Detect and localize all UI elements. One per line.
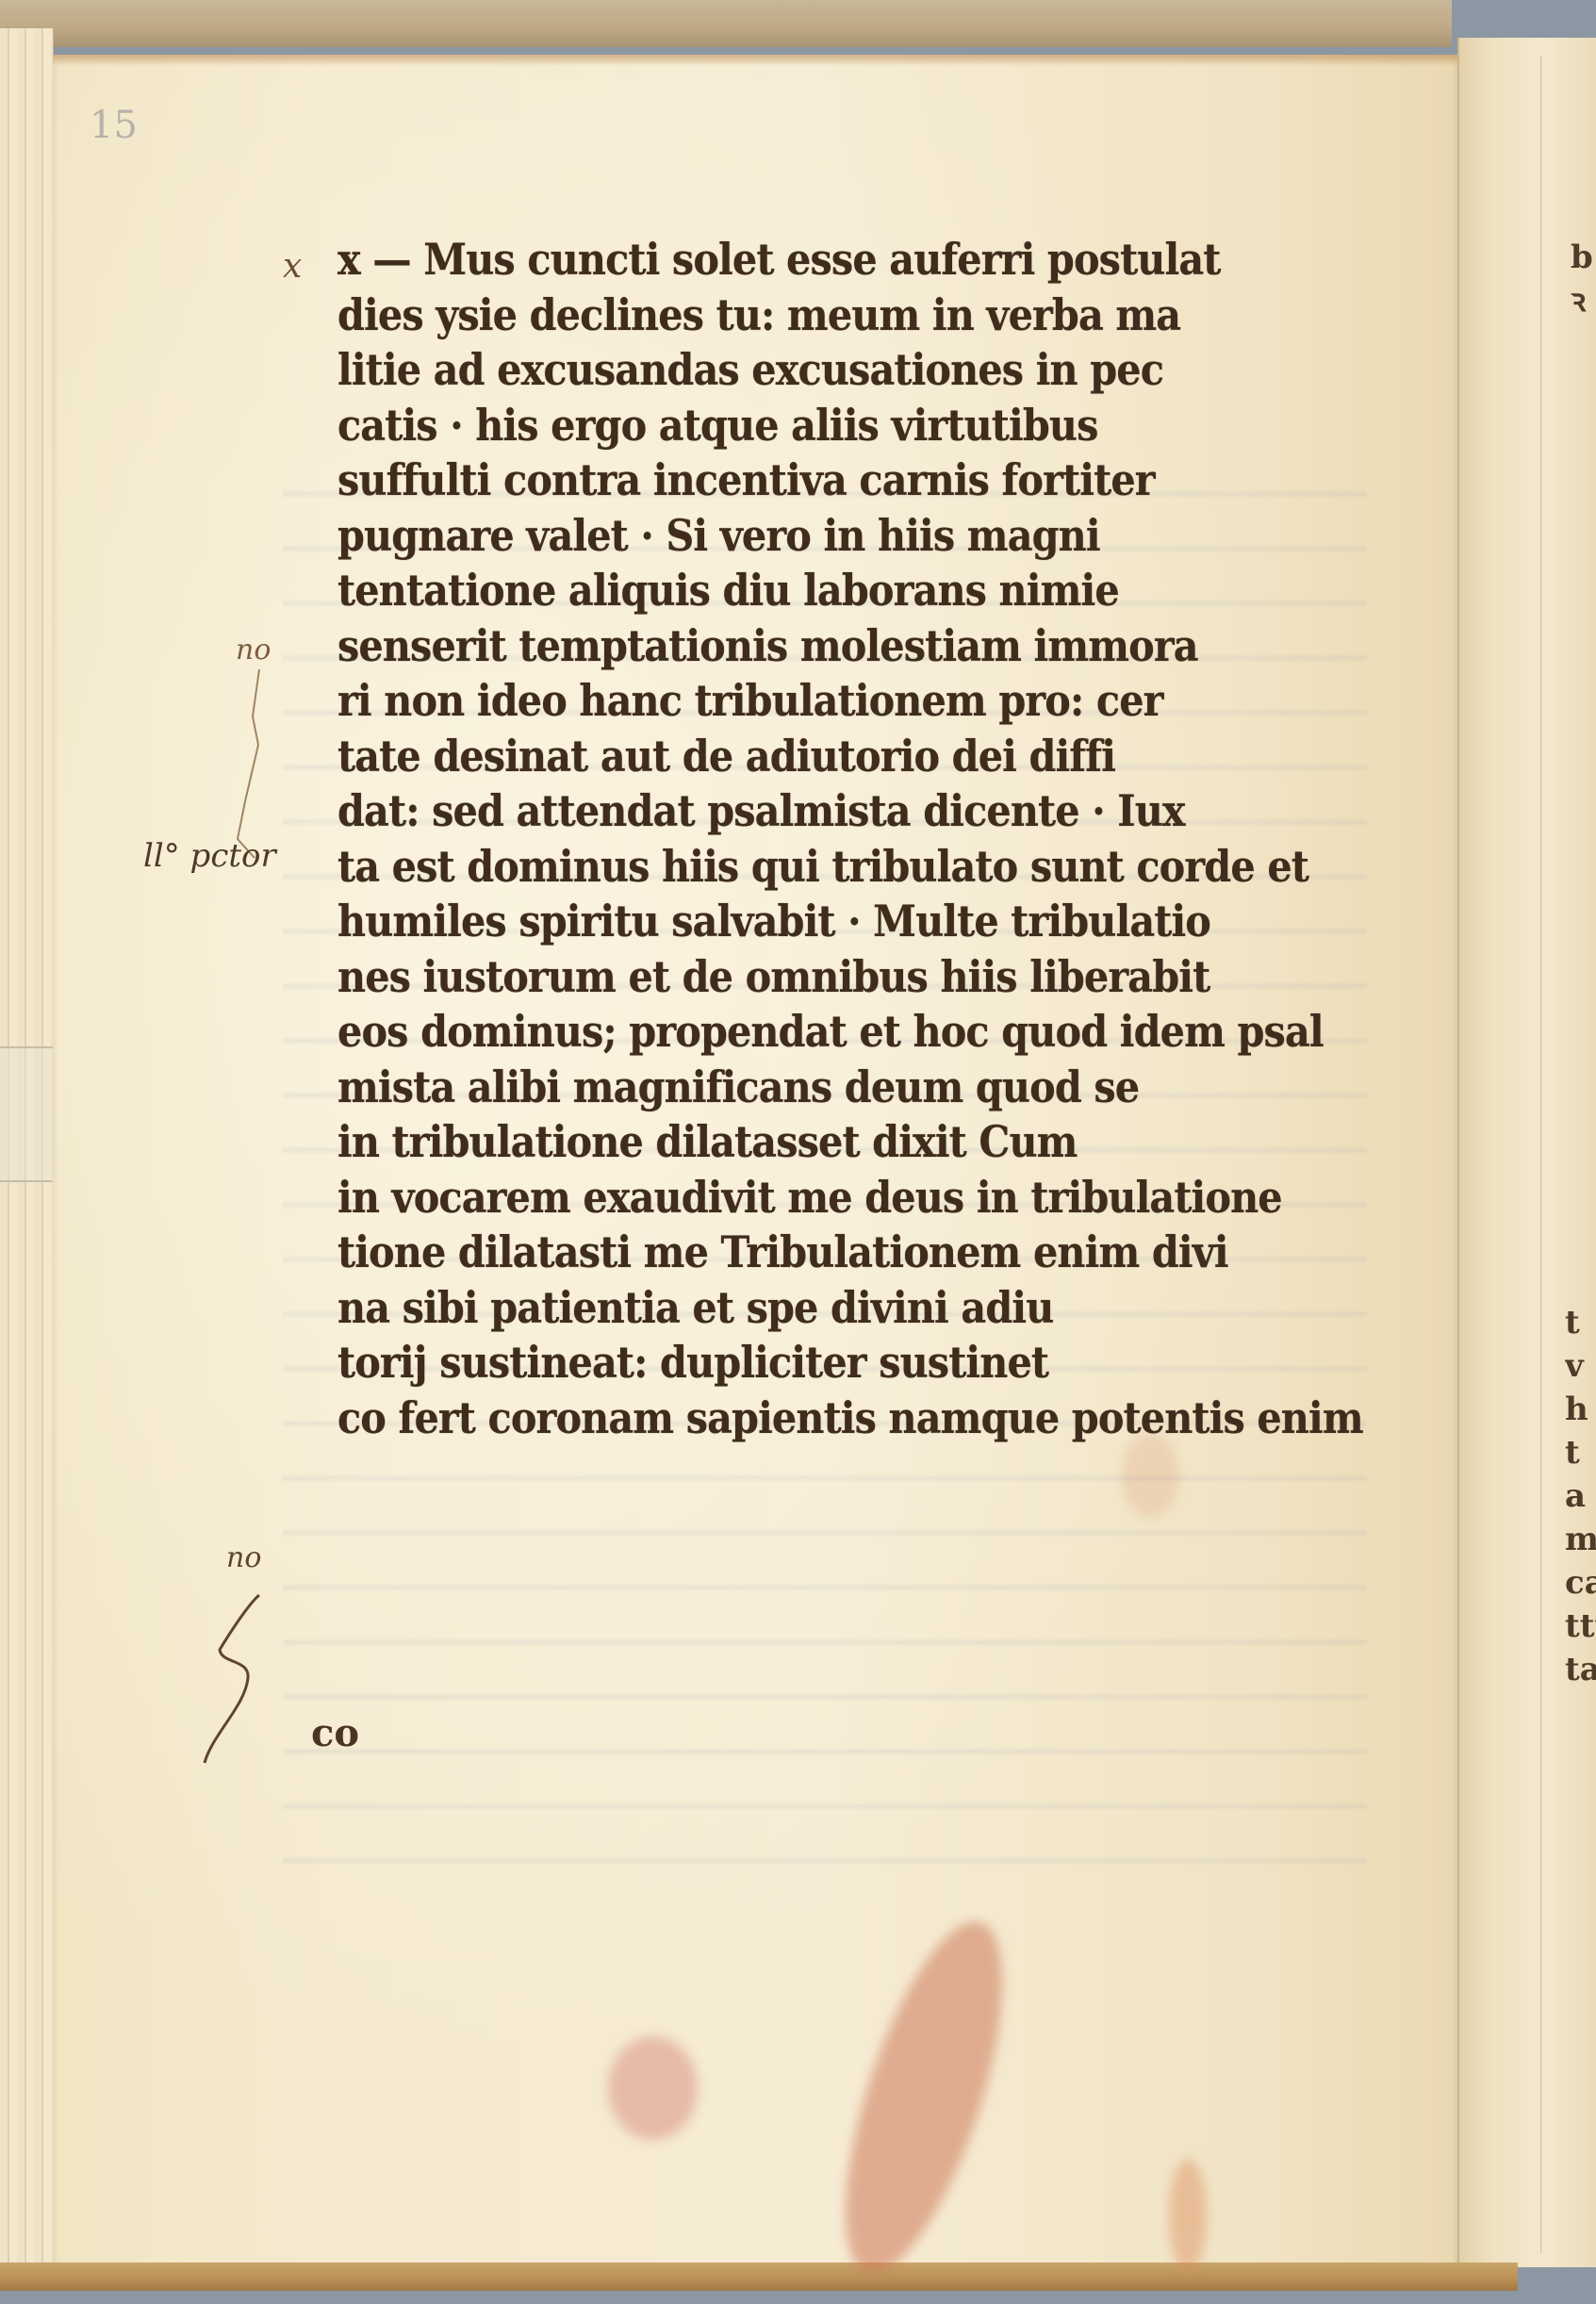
text-line: ta est dominus hiis qui tribulato sunt c… [337,841,1313,897]
text-line: torij sustineat: dupliciter sustinet [337,1337,1313,1392]
book-bottom-edge [0,2263,1518,2291]
folio-number: 15 [90,104,138,147]
facing-page-sliver [1457,38,1596,2267]
book-top-edge [0,0,1452,47]
text-line: ri non ideo hanc tribulationem pro: cer [337,675,1313,731]
text-line: tentatione aliquis diu laborans nimie [337,565,1313,620]
marginal-note-co: co [311,1711,359,1755]
text-line: litie ad excusandas excusationes in pec [337,344,1313,400]
text-line: co fert coronam sapientis namque potenti… [337,1392,1313,1448]
red-stain-small [1169,2159,1207,2272]
text-line: senserit temptationis molestiam immora [337,620,1313,676]
text-line: x — Mus cuncti solet esse auferri postul… [337,234,1313,289]
text-line: tate desinat aut de adiutorio dei diffi [337,731,1313,786]
text-line: nes iustorum et de omnibus hiis liberabi… [337,951,1313,1007]
facing-page-text-top: b ꝛ [1571,236,1596,322]
text-line: eos dominus; propendat et hoc quod idem … [337,1006,1313,1061]
text-line: mista alibi magnificans deum quod se [337,1061,1313,1117]
red-stain-round [608,2036,698,2140]
text-line: na sibi patientia et spe divini adiu [337,1282,1313,1338]
text-line: tione dilatasti me Tribulationem enim di… [337,1226,1313,1282]
marginal-note-no-2: no [226,1541,261,1574]
text-line: pugnare valet · Si vero in hiis magni [337,510,1313,566]
marginal-note-pctor: ll° pctor [143,837,276,875]
text-line: suffulti contra incentiva carnis fortite… [337,454,1313,510]
text-line: dies ysie declines tu: meum in verba ma [337,289,1313,345]
text-line: in vocarem exaudivit me deus in tribulat… [337,1172,1313,1227]
main-text-block: x — Mus cuncti solet esse auferri postul… [337,234,1422,1447]
manuscript-scan: 15 x no ll° pctor no co x — Mus cuncti s… [0,0,1596,2304]
facing-page-text-bottom: t v h t a m ca ttu tat [1565,1301,1596,1691]
text-line: catis · his ergo atque aliis virtutibus [337,400,1313,455]
marginal-bracket-1 [217,660,273,867]
text-line: humiles spiritu salvabit · Multe tribula… [337,896,1313,951]
gutter-fold [1540,57,1543,2253]
marginal-bracket-2 [193,1584,269,1772]
marginal-x-mark: x [283,247,302,286]
text-line: dat: sed attendat psalmista dicente · Iu… [337,785,1313,841]
text-line: in tribulatione dilatasset dixit Cum [337,1116,1313,1172]
